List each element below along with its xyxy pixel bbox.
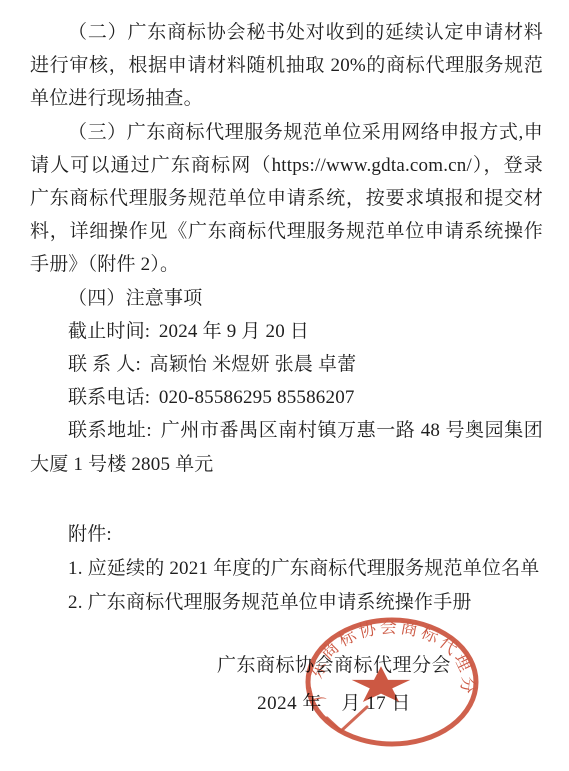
deadline-label: 截止时间:	[68, 321, 150, 342]
deadline-line: 截止时间:2024 年 9 月 20 日	[30, 315, 543, 348]
contact-value: 高颖怡 米煜妍 张晨 卓蕾	[150, 354, 357, 375]
contact-label: 联 系 人:	[68, 354, 141, 375]
document-body: （二）广东商标协会秘书处对收到的延续认定申请材料进行审核，根据申请材料随机抽取 …	[30, 16, 543, 620]
attachments-section: 附件: 1. 应延续的 2021 年度的广东商标代理服务规范单位名单 2. 广东…	[30, 518, 543, 620]
paragraph-item-2: （二）广东商标协会秘书处对收到的延续认定申请材料进行审核，根据申请材料随机抽取 …	[30, 16, 543, 116]
document-page: （二）广东商标协会秘书处对收到的延续认定申请材料进行审核，根据申请材料随机抽取 …	[0, 0, 569, 771]
paragraph-item-3: （三）广东商标代理服务规范单位采用网络申报方式,申请人可以通过广东商标网（htt…	[30, 116, 543, 282]
section-heading-item-4: （四）注意事项	[30, 282, 543, 315]
signature-date: 2024 年 月 17 日	[257, 685, 411, 723]
signature-block: 广东商标协会商标代理分会 2024 年 月 17 日	[217, 647, 451, 723]
phone-line: 联系电话:020-85586295 85586207	[30, 381, 543, 414]
contact-line: 联 系 人:高颖怡 米煜妍 张晨 卓蕾	[30, 348, 543, 381]
address-label: 联系地址:	[68, 420, 152, 441]
address-line: 联系地址:广州市番禺区南村镇万惠一路 48 号奥园集团大厦 1 号楼 2805 …	[30, 414, 543, 480]
attachment-item-2: 2. 广东商标代理服务规范单位申请系统操作手册	[30, 586, 543, 620]
signature-org: 广东商标协会商标代理分会	[217, 647, 451, 685]
attachment-item-1: 1. 应延续的 2021 年度的广东商标代理服务规范单位名单	[30, 552, 543, 586]
attachments-heading: 附件:	[30, 518, 543, 552]
phone-value: 020-85586295 85586207	[159, 387, 355, 408]
phone-label: 联系电话:	[68, 387, 150, 408]
deadline-value: 2024 年 9 月 20 日	[159, 321, 309, 342]
